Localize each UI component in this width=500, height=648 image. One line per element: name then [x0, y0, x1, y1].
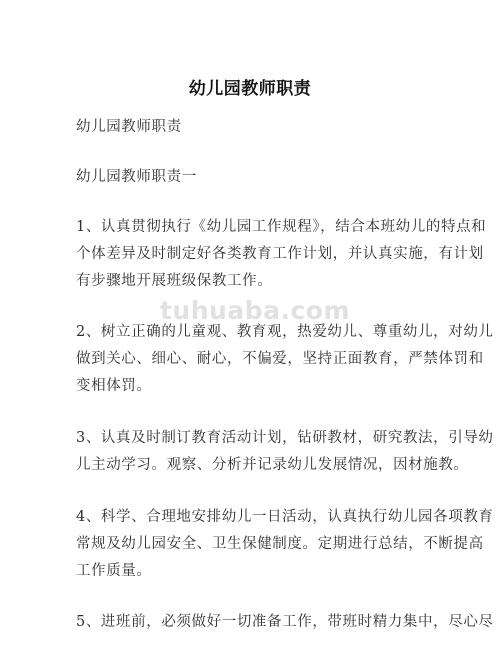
paragraph-line: 5、进班前，必须做好一切准备工作，带班时精力集中，尽心尽: [76, 613, 494, 631]
paragraph-line: 1、认真贯彻执行《幼儿园工作规程》，结合本班幼儿的特点和: [76, 218, 486, 236]
paragraph-line: 2、树立正确的儿童观、教育观，热爱幼儿、尊重幼儿，对幼儿: [76, 323, 494, 341]
paragraph-line: 变相体罚。: [76, 377, 152, 395]
paragraph-line: 儿主动学习。观察、分析并记录幼儿发展情况，因材施教。: [76, 456, 469, 474]
paragraph-line: 做到关心、细心、耐心，不偏爱，坚持正面教育，严禁体罚和: [76, 350, 484, 368]
paragraph-line: 4、科学、合理地安排幼儿一日活动，认真执行幼儿园各项教育: [76, 508, 494, 526]
section-heading: 幼儿园教师职责一: [76, 168, 197, 186]
document-title: 幼儿园教师职责: [0, 74, 500, 99]
paragraph-line: 工作质量。: [76, 562, 152, 580]
document-page: 幼儿园教师职责 幼儿园教师职责 幼儿园教师职责一 1、认真贯彻执行《幼儿园工作规…: [0, 0, 500, 648]
paragraph-line: 常规及幼儿园安全、卫生保健制度。定期进行总结，不断提高: [76, 535, 484, 553]
document-subtitle: 幼儿园教师职责: [76, 118, 182, 136]
paragraph-line: 个体差异及时制定好各类教育工作计划，并认真实施，有计划: [76, 245, 484, 263]
watermark: tuhuaba.com: [160, 296, 350, 325]
paragraph-line: 3、认真及时制订教育活动计划，钻研教材，研究教法，引导幼: [76, 429, 494, 447]
paragraph-line: 有步骤地开展班级保教工作。: [76, 272, 272, 290]
